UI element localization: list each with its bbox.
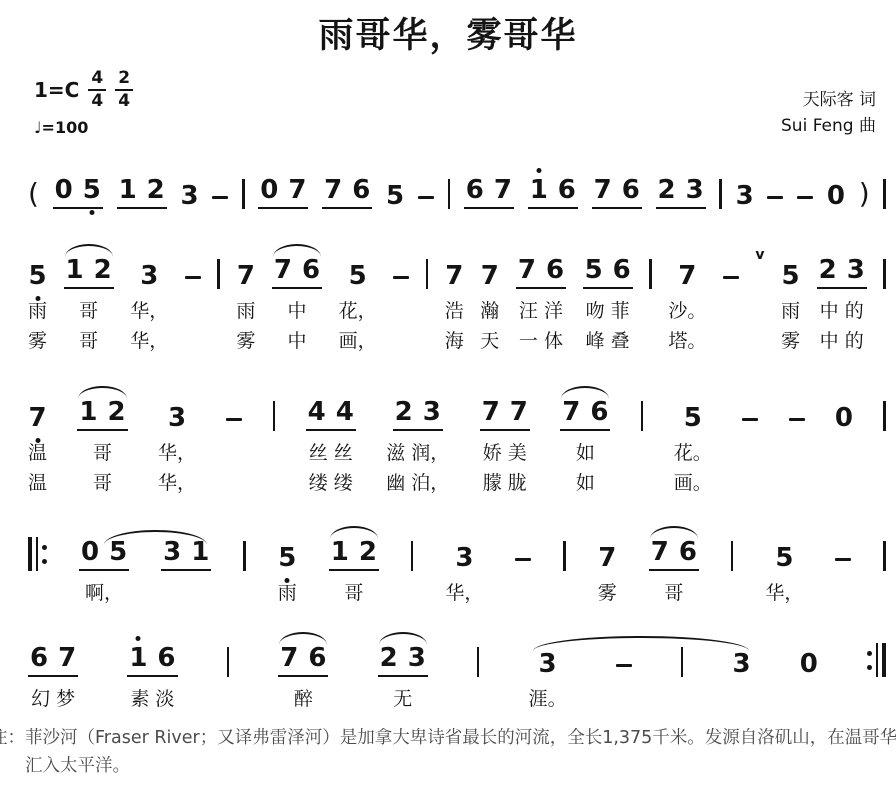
token: v	[755, 245, 764, 289]
barline	[217, 245, 220, 355]
beam-group: 16素 淡	[127, 633, 177, 713]
lyric-syllable: 中 的	[820, 298, 864, 325]
dash-continuation	[742, 387, 758, 497]
note-digit: 5	[775, 545, 793, 571]
octave-low-dot	[89, 210, 94, 215]
beam-group: 12	[117, 165, 167, 209]
barline	[883, 541, 886, 571]
beam-group: 76如如	[560, 387, 610, 497]
token: 3	[736, 165, 754, 209]
token: 5	[278, 527, 296, 571]
note-digit: 1	[66, 257, 84, 283]
note-digit: 2	[94, 257, 112, 283]
lyric-syllable: 娇 美	[483, 440, 527, 467]
barline	[719, 165, 722, 209]
score-line-3: 7温温12哥哥3华，华，44丝 丝缕 缕23滋 润，幽 泊，77娇 美朦 胧76…	[0, 387, 896, 497]
note-digit: 5	[782, 263, 800, 289]
beam-group: 23	[656, 177, 706, 209]
note-digit: 7	[288, 177, 306, 203]
token	[217, 245, 220, 289]
note: 7温温	[28, 387, 47, 497]
footnote-line-2: 汇入太平洋。	[25, 752, 896, 780]
lyric-syllable: 花。	[674, 440, 712, 467]
lyric-syllable: 无	[393, 686, 412, 713]
barline	[883, 401, 886, 431]
token: 7	[481, 245, 499, 289]
token	[797, 165, 813, 209]
lyric-syllable: 雾	[598, 580, 617, 607]
note-digit: 2	[658, 177, 676, 203]
note: 5	[386, 165, 404, 209]
note-digit: 5	[585, 257, 603, 283]
note: 5花。画。	[674, 387, 712, 497]
note-digit: 7	[562, 399, 580, 425]
octave-low-dot	[35, 296, 40, 301]
token: 5	[782, 245, 800, 289]
note: 0	[835, 387, 853, 497]
beam-group: 67	[28, 645, 78, 677]
note-digit: 3	[408, 645, 426, 671]
dash-continuation	[185, 276, 201, 280]
note-digit: 7	[28, 405, 46, 431]
repeat-thin-bar	[876, 643, 878, 677]
token: 0	[800, 633, 818, 677]
lyric-syllable: 海	[445, 328, 464, 355]
lyric-syllable: 中 的	[820, 328, 864, 355]
token	[867, 633, 886, 677]
repeat-dots	[42, 545, 47, 564]
octave-high-dot	[136, 636, 141, 641]
note: 7雾	[598, 527, 617, 607]
dash-continuation	[393, 276, 409, 280]
note-digit: 6	[308, 645, 326, 671]
repeat-thin-bar	[36, 537, 38, 571]
beam-group: 76	[560, 399, 610, 431]
beam-group: 76醉	[278, 633, 328, 713]
note-digit: 3	[539, 651, 557, 677]
dash-continuation	[515, 527, 531, 607]
lyric-syllable: 雨	[28, 298, 47, 325]
beam-group: 76	[516, 257, 566, 289]
token: 7	[237, 245, 255, 289]
lyric-syllable: 浩	[445, 298, 464, 325]
token: )	[859, 165, 870, 209]
time-signature-denominator: 4	[91, 92, 103, 110]
token: 76	[649, 527, 699, 571]
note-digit: 1	[119, 177, 137, 203]
dash-continuation	[418, 196, 434, 200]
note-digit: 4	[308, 399, 326, 425]
time-signature-2: 2 4	[115, 70, 133, 110]
note-digit: 0	[260, 177, 278, 203]
token: 7	[445, 245, 463, 289]
lyric-syllable: 中	[288, 298, 307, 325]
barline	[563, 527, 566, 607]
note-digit: 7	[445, 263, 463, 289]
beam-group: 16	[528, 165, 578, 209]
lyric-syllable: 汪 洋	[519, 298, 563, 325]
beam-group: 23无	[378, 633, 428, 713]
lyric-syllable: 华，	[158, 440, 196, 467]
tempo-marking: ♩=100	[34, 118, 133, 137]
note: 3华，华，	[130, 245, 168, 355]
note-digit: 7	[594, 177, 612, 203]
time-signature-numerator: 4	[88, 70, 106, 91]
token	[477, 633, 480, 677]
lyric-syllable: 雨	[781, 298, 800, 325]
score-line-4: 05啊，315雨12哥3华，7雾76哥5华，	[0, 527, 896, 607]
note-digit: 3	[736, 183, 754, 209]
note-digit: 3	[733, 651, 751, 677]
note-digit: 3	[423, 399, 441, 425]
token: 77	[480, 387, 530, 431]
time-signature-1: 4 4	[88, 70, 106, 110]
barline	[227, 647, 230, 677]
lyric-syllable: 华，	[158, 470, 196, 497]
token	[767, 165, 783, 209]
note: 5华，	[765, 527, 803, 607]
note: 5雨	[278, 527, 297, 607]
lyric-syllable: 素 淡	[130, 686, 174, 713]
lyric-syllable: 天	[480, 328, 499, 355]
token	[227, 633, 230, 677]
lyric-syllable: 缕 缕	[309, 470, 353, 497]
repeat-thick-bar	[28, 537, 32, 571]
token	[28, 527, 47, 571]
note: 5雨雾	[781, 245, 800, 355]
lyric-syllable: 画，	[339, 328, 377, 355]
note-digit: 6	[546, 257, 564, 283]
beam-group: 76中中	[272, 245, 322, 355]
barline	[426, 245, 429, 355]
repeat-dot	[867, 665, 872, 670]
key-signature: 1=C	[34, 78, 79, 102]
note-digit: 0	[835, 405, 853, 431]
note-digit: 6	[590, 399, 608, 425]
beam-group: 23滋 润，幽 泊，	[386, 387, 449, 497]
note-digit: 7	[237, 263, 255, 289]
note-digit: 6	[157, 645, 175, 671]
note-digit: 7	[274, 257, 292, 283]
lyric-syllable: 花，	[339, 298, 377, 325]
note-digit: 5	[684, 405, 702, 431]
token: 3	[140, 245, 158, 289]
lyric-syllable: 中	[288, 328, 307, 355]
lyric-syllable: 哥	[344, 580, 363, 607]
barline	[426, 259, 429, 289]
beam-group: 76	[272, 257, 322, 289]
token: 3	[168, 387, 186, 431]
beam-group: 07	[258, 177, 308, 209]
token: 44	[306, 387, 356, 431]
beam-group: 12哥哥	[77, 387, 127, 497]
key-time-signature: 1=C 4 4 2 4	[34, 70, 133, 110]
token	[563, 527, 566, 571]
token: 05	[53, 165, 103, 209]
barline	[883, 387, 886, 497]
beam-group: 77	[480, 399, 530, 431]
note-digit: 7	[494, 177, 512, 203]
barline	[477, 633, 480, 713]
note-digit: 2	[147, 177, 165, 203]
token	[426, 245, 429, 289]
time-signature-denominator: 4	[118, 92, 130, 110]
dash-continuation	[515, 558, 531, 562]
lyric-syllable: 雾	[28, 328, 47, 355]
parenthesis: (	[28, 165, 39, 209]
beam-group: 12	[117, 177, 167, 209]
token: 3	[539, 633, 557, 677]
token: 7	[28, 387, 46, 431]
beam-group: 56吻 菲峰 叠	[583, 245, 633, 355]
note-digit: 2	[359, 539, 377, 565]
barline	[411, 527, 414, 607]
note: 3华，	[445, 527, 483, 607]
token: 76	[560, 387, 610, 431]
token: 76	[278, 633, 328, 677]
dash-continuation	[835, 558, 851, 562]
repeat-dot	[867, 651, 872, 656]
lyric-syllable: 华，	[765, 580, 803, 607]
note-digit: 7	[58, 645, 76, 671]
score-line-5: 67幻 梦16素 淡76醉23无3涯。30	[0, 633, 896, 713]
note-digit: 1	[331, 539, 349, 565]
barline	[883, 165, 886, 209]
token	[212, 165, 228, 209]
beam-group: 23	[817, 257, 867, 289]
beam-group: 23	[656, 165, 706, 209]
token: 3	[180, 165, 198, 209]
token: 5	[386, 165, 404, 209]
note-digit: 6	[613, 257, 631, 283]
note-digit: 0	[800, 651, 818, 677]
barline	[243, 527, 246, 607]
beam-group: 44	[306, 399, 356, 431]
token	[789, 387, 805, 431]
token	[273, 387, 276, 431]
note-digit: 5	[349, 263, 367, 289]
note-digit: 5	[83, 177, 101, 203]
lyric-syllable: 吻 菲	[586, 298, 630, 325]
token	[515, 527, 531, 571]
note-digit: 3	[686, 177, 704, 203]
beam-group: 67	[464, 165, 514, 209]
token: 67	[28, 633, 78, 677]
token: 23	[656, 165, 706, 209]
token: (	[28, 165, 39, 209]
beam-group: 76	[278, 645, 328, 677]
token	[243, 527, 246, 571]
note-digit: 1	[129, 645, 147, 671]
token: 23	[393, 387, 443, 431]
token: 7	[598, 527, 616, 571]
score-body: (05123077656716762330)5雨雾12哥哥3华，华，7雨雾76中…	[0, 165, 896, 713]
note-digit: 7	[324, 177, 342, 203]
octave-low-dot	[285, 578, 290, 583]
lyric-syllable: 一 体	[519, 328, 563, 355]
parenthesis: )	[859, 181, 870, 208]
score-line-1: (05123077656716762330)	[0, 165, 896, 209]
token: 23	[817, 245, 867, 289]
lyric-syllable: 啊，	[85, 580, 123, 607]
lyric-syllable: 哥	[664, 580, 683, 607]
token	[418, 165, 434, 209]
lyric-syllable: 哥	[93, 470, 112, 497]
lyric-syllable: 温	[28, 440, 47, 467]
barline	[883, 245, 886, 355]
barline	[563, 541, 566, 571]
barline	[242, 165, 245, 209]
barline	[641, 401, 644, 431]
note-digit: 6	[30, 645, 48, 671]
dash-continuation	[797, 196, 813, 200]
beam-group: 16	[127, 645, 177, 677]
repeat-close-sign	[867, 643, 886, 677]
note-digit: 7	[280, 645, 298, 671]
lyric-syllable: 如	[576, 440, 595, 467]
note-digit: 7	[481, 263, 499, 289]
repeat-open-sign	[28, 527, 47, 607]
dash-continuation	[742, 418, 758, 422]
barline	[242, 179, 245, 209]
note: 7沙。塔。	[668, 245, 706, 355]
note-digit: 7	[510, 399, 528, 425]
beam-group: 76	[322, 165, 372, 209]
lyric-syllable: 涯。	[529, 686, 567, 713]
note-digit: 4	[336, 399, 354, 425]
note: 7雨雾	[236, 245, 255, 355]
barline	[883, 259, 886, 289]
note-digit: 7	[651, 539, 669, 565]
parenthesis: )	[859, 165, 870, 209]
note-digit: 6	[622, 177, 640, 203]
repeat-close-sign	[867, 633, 886, 713]
token	[448, 165, 451, 209]
lyric-syllable: 雨	[236, 298, 255, 325]
token: 12	[64, 245, 114, 289]
note-digit: 7	[518, 257, 536, 283]
note-digit: 7	[598, 545, 616, 571]
note-digit: 2	[108, 399, 126, 425]
token: 5	[684, 387, 702, 431]
song-title: 雨哥华，雾哥华	[0, 8, 896, 58]
note: 0	[827, 165, 845, 209]
barline	[731, 541, 734, 571]
beam-group: 07	[258, 165, 308, 209]
dash-continuation	[723, 245, 739, 355]
token	[883, 527, 886, 571]
footnote-line-1: 注：菲沙河（Fraser River；又译弗雷泽河）是加拿大卑诗省最长的河流，全…	[0, 724, 896, 752]
token: 12	[329, 527, 379, 571]
token	[723, 245, 739, 289]
beam-group: 12哥哥	[64, 245, 114, 355]
dash-continuation	[393, 245, 409, 355]
beam-group: 56	[583, 257, 633, 289]
lyric-syllable: 滋 润，	[386, 440, 449, 467]
lyric-syllable: 哥	[79, 298, 98, 325]
token	[883, 245, 886, 289]
barline	[448, 179, 451, 209]
lyricist-credit: 天际客 词	[781, 88, 876, 114]
note-digit: 5	[28, 263, 46, 289]
token	[835, 527, 851, 571]
note-digit: 6	[679, 539, 697, 565]
dash-continuation	[212, 196, 228, 200]
barline	[217, 259, 220, 289]
lyric-syllable: 华，	[130, 298, 168, 325]
lyric-syllable: 沙。	[668, 298, 706, 325]
note-digit: 6	[302, 257, 320, 283]
beam-group: 12	[329, 539, 379, 571]
token: 76	[322, 165, 372, 209]
octave-high-dot	[536, 168, 541, 173]
lyric-syllable: 雨	[278, 580, 297, 607]
footnote: 注：菲沙河（Fraser River；又译弗雷泽河）是加拿大卑诗省最长的河流，全…	[0, 724, 896, 781]
token: 23	[378, 633, 428, 677]
beam-group: 16	[528, 177, 578, 209]
note: 3华，华，	[158, 387, 196, 497]
token	[185, 245, 201, 289]
lyric-syllable: 塔。	[668, 328, 706, 355]
beam-group: 23	[378, 645, 428, 677]
note-digit: 3	[180, 183, 198, 209]
dash-continuation	[723, 276, 739, 280]
dash-continuation	[418, 165, 434, 209]
beam-group: 76哥	[649, 527, 699, 607]
barline	[227, 633, 230, 713]
token: 12	[77, 387, 127, 431]
lyric-syllable: 朦 胧	[483, 470, 527, 497]
token: 76	[272, 245, 322, 289]
lyric-syllable: 雾	[236, 328, 255, 355]
token: 76	[516, 245, 566, 289]
barline	[883, 179, 886, 209]
lyric-syllable: 如	[576, 470, 595, 497]
dash-continuation	[226, 387, 242, 497]
token: 12	[117, 165, 167, 209]
repeat-dot	[42, 545, 47, 550]
repeat-thick-bar	[882, 643, 886, 677]
note-digit: 7	[678, 263, 696, 289]
token: 5	[28, 245, 46, 289]
beam-group: 76	[649, 539, 699, 571]
note-digit: 2	[819, 257, 837, 283]
token: 7	[678, 245, 696, 289]
note-digit: 7	[482, 399, 500, 425]
beam-group: 23	[393, 399, 443, 431]
note-digit: 3	[168, 405, 186, 431]
dash-continuation	[767, 165, 783, 209]
lyric-syllable: 华，	[445, 580, 483, 607]
token: 67	[464, 165, 514, 209]
barline	[477, 647, 480, 677]
dash-continuation	[767, 196, 783, 200]
token: 16	[528, 165, 578, 209]
dash-continuation	[789, 418, 805, 422]
barline	[641, 387, 644, 497]
dash-continuation	[789, 387, 805, 497]
token	[719, 165, 722, 209]
note-digit: 3	[140, 263, 158, 289]
token	[883, 165, 886, 209]
lyric-syllable: 峰 叠	[586, 328, 630, 355]
barline	[448, 165, 451, 209]
note: 0	[800, 633, 818, 713]
beam-group: 12	[77, 399, 127, 431]
token	[731, 527, 734, 571]
lyric-syllable: 瀚	[480, 298, 499, 325]
barline	[273, 387, 276, 497]
